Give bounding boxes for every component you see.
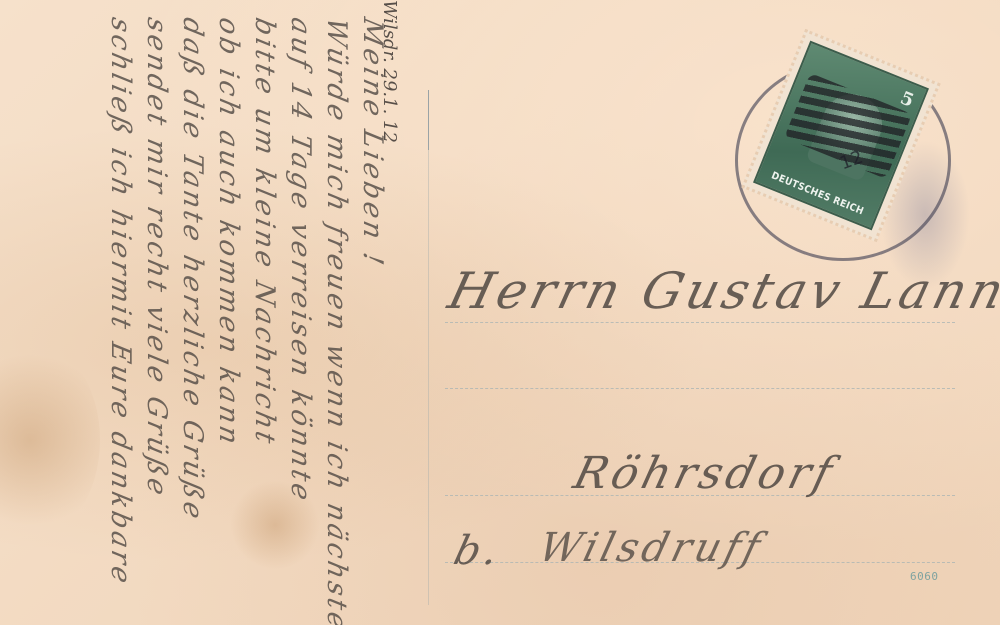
message-line: schließ ich hiermit Eure dankbare: [102, 14, 138, 611]
address-line-1: [445, 322, 955, 323]
message-line: daß die Tante herzliche Grüße: [174, 14, 210, 611]
address-line-2: [445, 388, 955, 389]
recipient-name: Herrn Gustav Lannart: [443, 262, 1000, 320]
message-line: sendet mir recht viele Grüße: [138, 14, 174, 611]
message-line: Würde mich freuen wenn ich nächstens: [318, 14, 354, 611]
message-text-rotated: Wilsdr. 29.1. 12 Meine Lieben ! Würde mi…: [0, 0, 430, 625]
message-line: auf 14 Tage verreisen könnte: [282, 14, 318, 611]
postcard: Wilsdr. 29.1. 12 Meine Lieben ! Würde mi…: [0, 0, 1000, 625]
recipient-town: Röhrsdorf: [569, 448, 841, 499]
stamp-value: 5: [897, 88, 916, 112]
message-line: Meine Lieben !: [354, 14, 390, 611]
message-line: bitte um kleine Nachricht: [246, 14, 282, 611]
center-divider: [428, 90, 429, 605]
message-area: Wilsdr. 29.1. 12 Meine Lieben ! Würde mi…: [0, 0, 430, 625]
message-line: ob ich auch kommen kann: [210, 14, 246, 611]
recipient-prefix: b.: [449, 528, 507, 574]
print-code: 6060: [910, 570, 939, 583]
recipient-region: Wilsdruff: [534, 525, 768, 571]
